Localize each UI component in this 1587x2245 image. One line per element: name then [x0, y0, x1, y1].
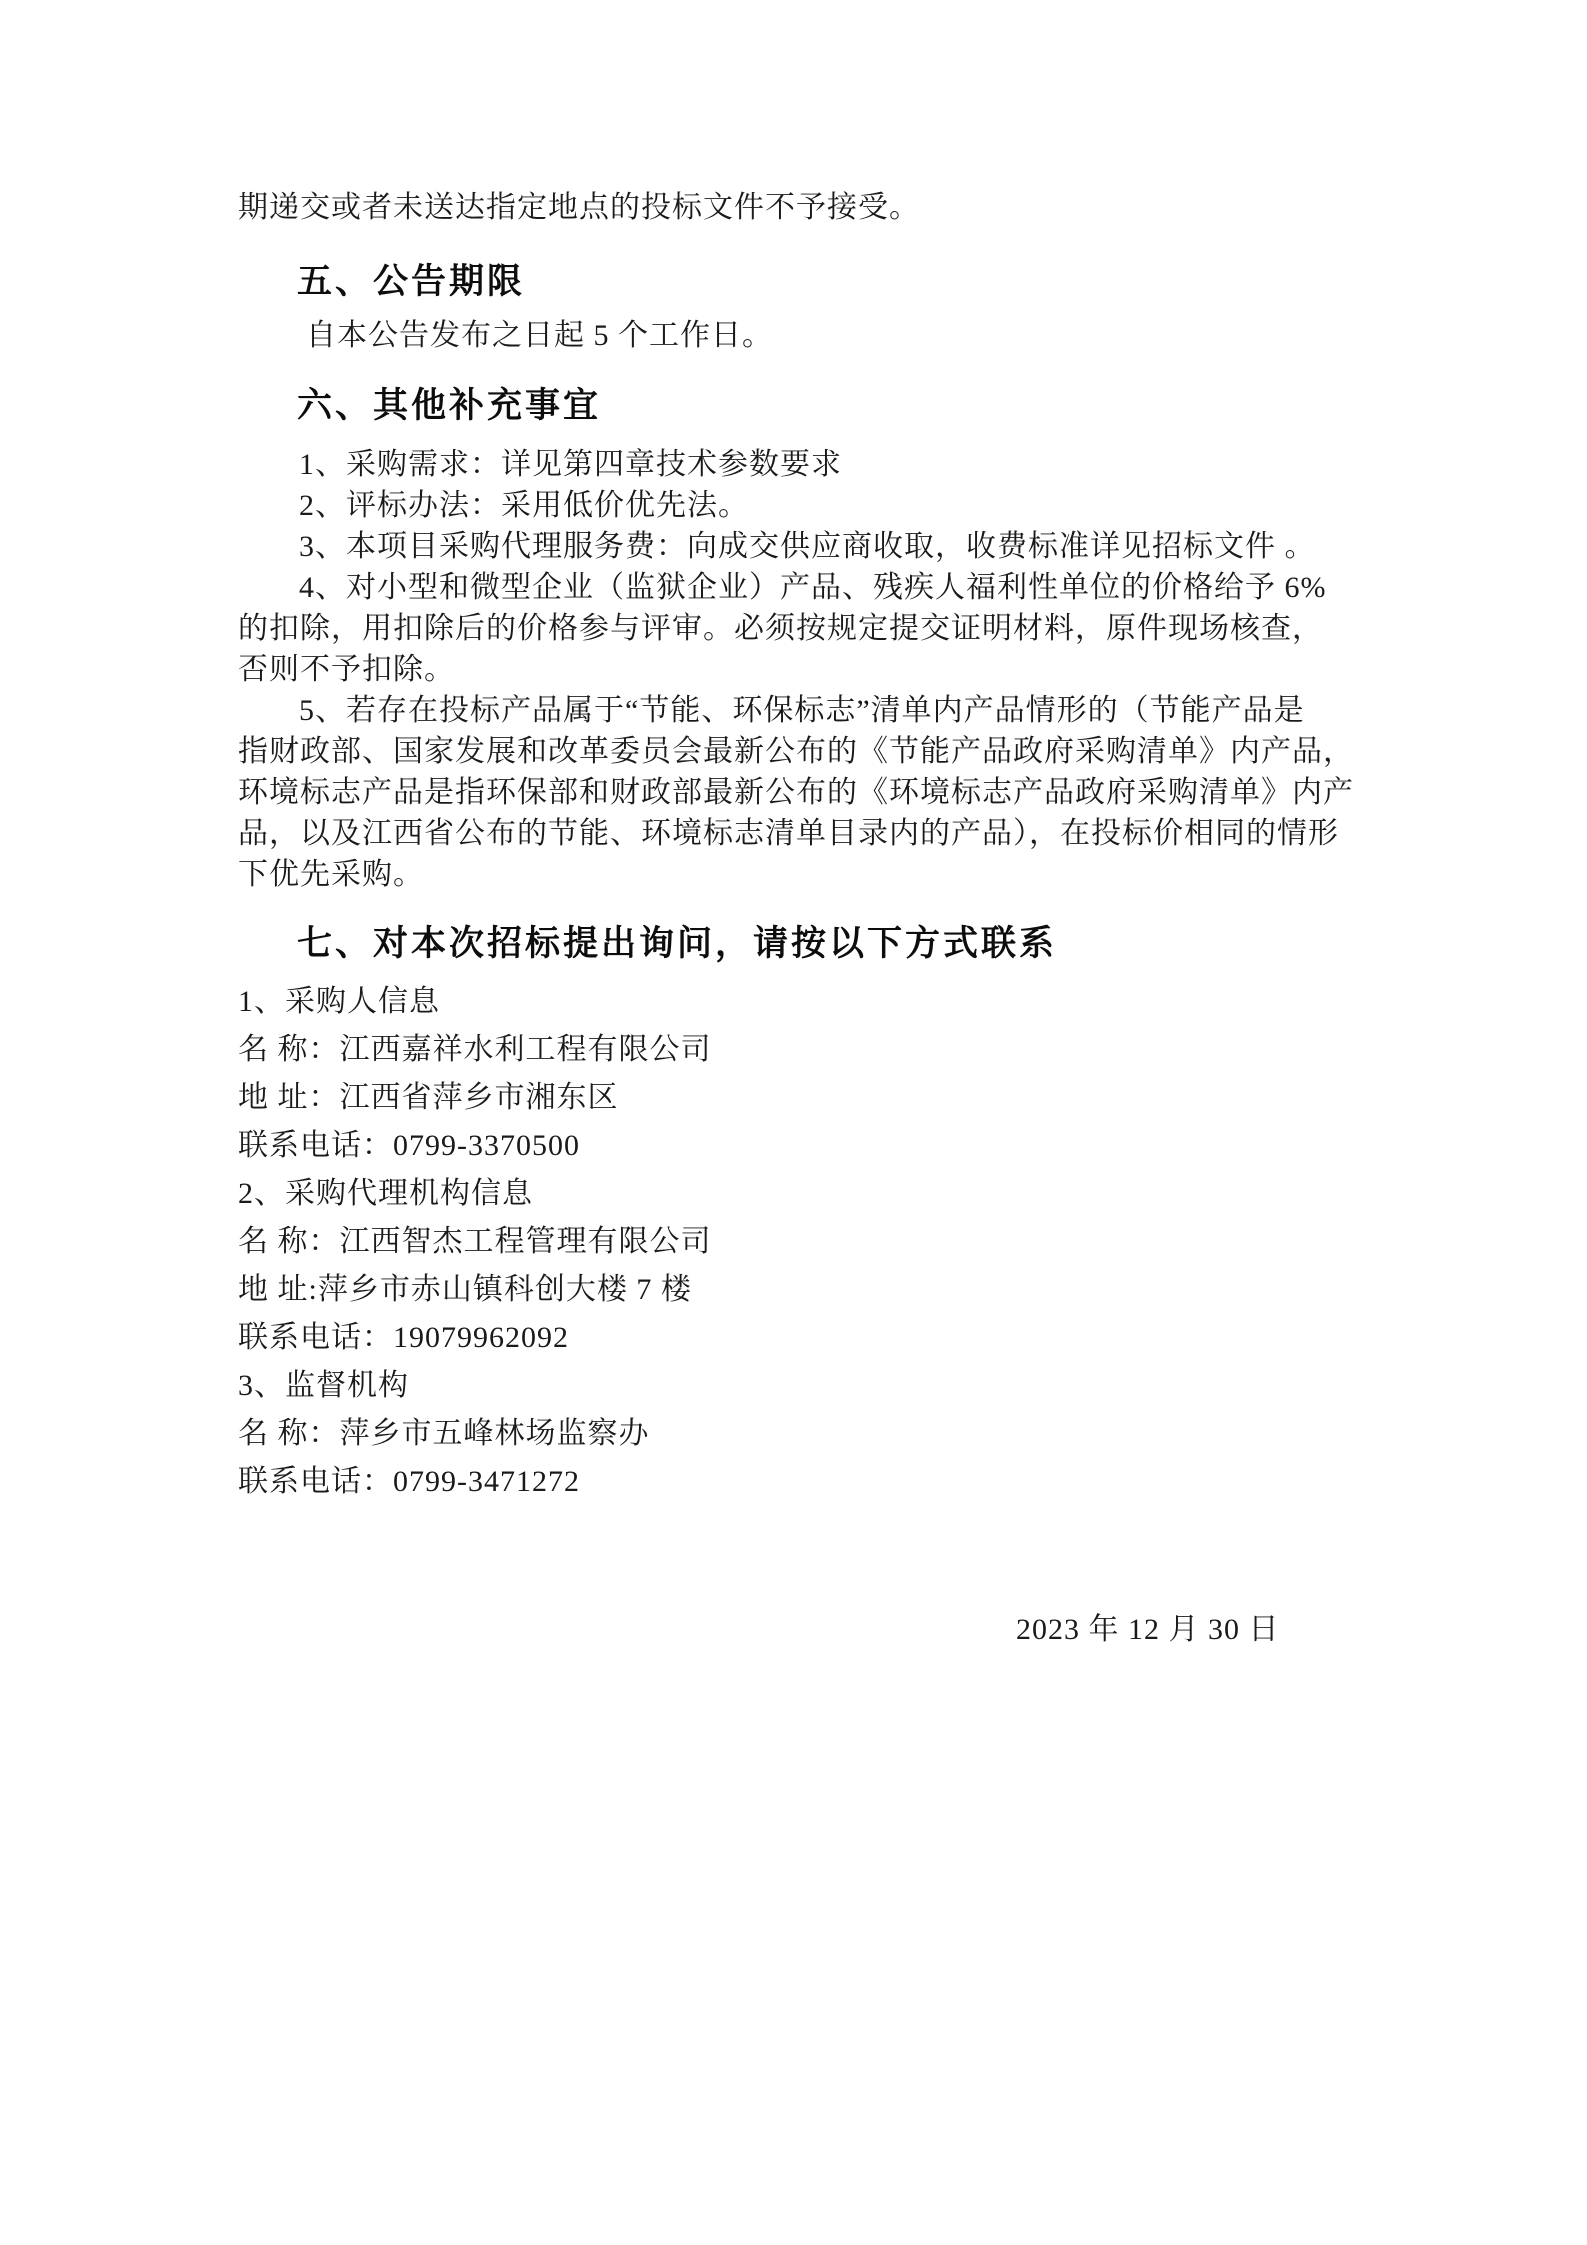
supervisor-phone: 联系电话：0799-3471272	[238, 1458, 712, 1506]
buyer-address: 地 址：江西省萍乡市湘东区	[238, 1074, 712, 1122]
sec6-line: 环境标志产品是指环保部和财政部最新公布的《环境标志产品政府采购清单》内产	[238, 772, 1438, 813]
agency-info-heading: 2、采购代理机构信息	[238, 1170, 712, 1218]
sec6-line: 5、若存在投标产品属于“节能、环保标志”清单内产品情形的（节能产品是	[238, 690, 1438, 731]
sec6-line: 下优先采购。	[238, 854, 1438, 895]
section-6-heading: 六、其他补充事宜	[297, 378, 601, 428]
sec6-line: 4、对小型和微型企业（监狱企业）产品、残疾人福利性单位的价格给予 6%	[238, 567, 1438, 608]
buyer-info-heading: 1、采购人信息	[238, 978, 712, 1026]
section-6-body: 1、采购需求：详见第四章技术参数要求 2、评标办法：采用低价优先法。 3、本项目…	[238, 444, 1438, 895]
agency-name: 名 称：江西智杰工程管理有限公司	[238, 1218, 712, 1266]
buyer-phone: 联系电话：0799-3370500	[238, 1122, 712, 1170]
sec6-line: 品，以及江西省公布的节能、环境标志清单目录内的产品），在投标价相同的情形	[238, 813, 1438, 854]
document-page: 期递交或者未送达指定地点的投标文件不予接受。 五、公告期限 自本公告发布之日起 …	[0, 0, 1587, 2245]
sec6-line: 的扣除，用扣除后的价格参与评审。必须按规定提交证明材料，原件现场核查，	[238, 608, 1438, 649]
sec6-line: 指财政部、国家发展和改革委员会最新公布的《节能产品政府采购清单》内产品，	[238, 731, 1438, 772]
buyer-name: 名 称：江西嘉祥水利工程有限公司	[238, 1026, 712, 1074]
announcement-period-text: 自本公告发布之日起 5 个工作日。	[306, 315, 773, 356]
section-7-heading: 七、对本次招标提出询问，请按以下方式联系	[297, 916, 1057, 966]
document-date: 2023 年 12 月 30 日	[1016, 1604, 1280, 1648]
agency-address: 地 址:萍乡市赤山镇科创大楼 7 楼	[238, 1266, 712, 1314]
contact-info-block: 1、采购人信息 名 称：江西嘉祥水利工程有限公司 地 址：江西省萍乡市湘东区 联…	[238, 978, 712, 1506]
sec6-line: 2、评标办法：采用低价优先法。	[238, 485, 1438, 526]
sec6-line: 3、本项目采购代理服务费：向成交供应商收取，收费标准详见招标文件 。	[238, 526, 1438, 567]
sec6-line: 否则不予扣除。	[238, 649, 1438, 690]
sec6-line: 1、采购需求：详见第四章技术参数要求	[238, 444, 1438, 485]
supervisor-info-heading: 3、监督机构	[238, 1362, 712, 1410]
supervisor-name: 名 称：萍乡市五峰林场监察办	[238, 1410, 712, 1458]
section-5-heading: 五、公告期限	[297, 254, 525, 304]
agency-phone: 联系电话：19079962092	[238, 1314, 712, 1362]
continuation-paragraph-line: 期递交或者未送达指定地点的投标文件不予接受。	[238, 187, 920, 228]
